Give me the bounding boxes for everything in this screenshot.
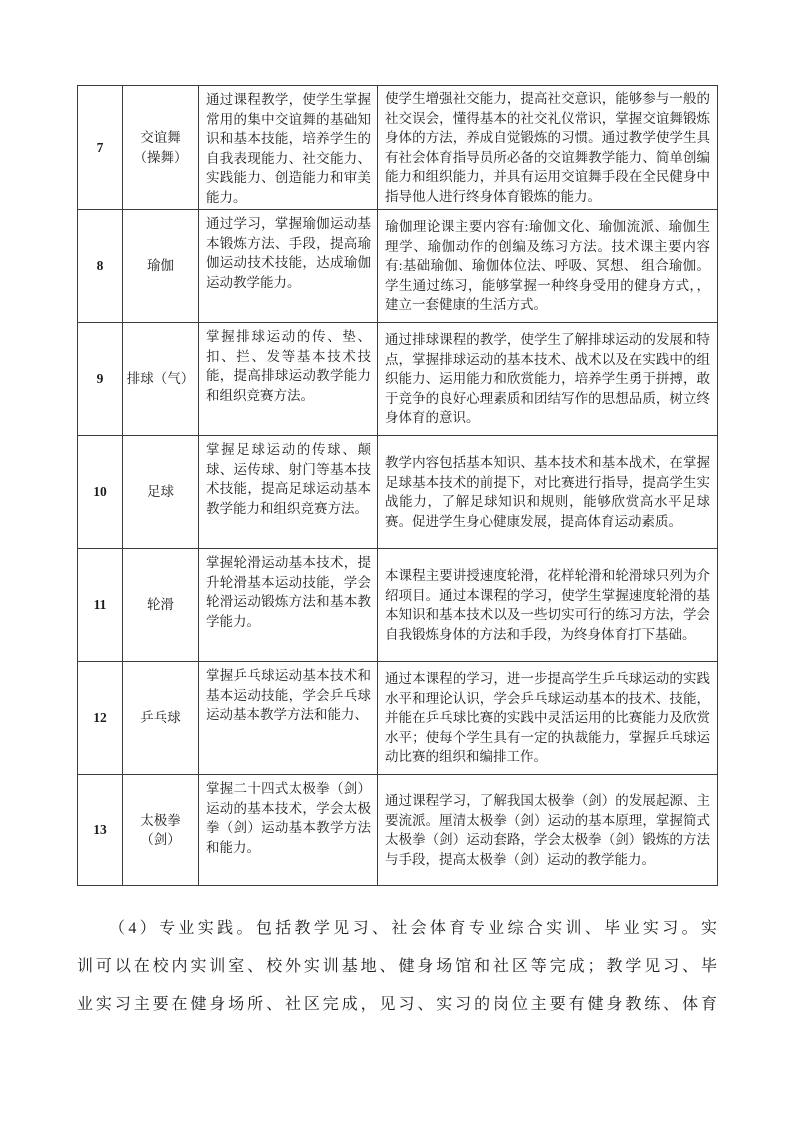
course-number-cell: 10 — [78, 436, 123, 549]
course-name-cell: 交谊舞 （操舞） — [123, 86, 199, 210]
course-number-cell: 12 — [78, 662, 123, 775]
course-description-cell: 通过课程学习，了解我国太极拳（剑）的发展起源、主要流派。厘清太极拳（剑）运动的基… — [378, 775, 718, 886]
course-description-cell: 使学生增强社交能力，提高社交意识，能够参与一般的社交误会，懂得基本的社交礼仪常识… — [378, 86, 718, 210]
course-name-cell: 瑜伽 — [123, 210, 199, 323]
course-objective-cell: 掌握排球运动的传、垫、扣、拦、发等基本技术技能，提高排球运动教学能力和组织竞赛方… — [199, 323, 378, 436]
course-number-cell: 7 — [78, 86, 123, 210]
course-description-cell: 通过本课程的学习，进一步提高学生乒乓球运动的实践水平和理论认识，学会乒乓球运动基… — [378, 662, 718, 775]
course-number-cell: 8 — [78, 210, 123, 323]
course-name-cell: 轮滑 — [123, 549, 199, 662]
paragraph-line: （4）专业实践。包括教学见习、社会体育专业综合实训、毕业实习。实 — [77, 910, 717, 948]
course-description-cell: 通过排球课程的教学，使学生了解排球运动的发展和特点，掌握排球运动的基本技术、战术… — [378, 323, 718, 436]
course-description-cell: 瑜伽理论课主要内容有:瑜伽文化、瑜伽流派、瑜伽生理学、瑜伽动作的创编及练习方法。… — [378, 210, 718, 323]
course-objective-cell: 掌握足球运动的传球、颠球、运传球、射门等基本技术技能，提高足球运动基本教学能力和… — [199, 436, 378, 549]
course-table: 7 交谊舞 （操舞） 通过课程教学，使学生掌握常用的集中交谊舞的基础知识和基本技… — [77, 85, 718, 886]
paragraph-line: 训可以在校内实训室、校外实训基地、健身场馆和社区等完成；教学见习、毕 — [77, 948, 717, 986]
table-row: 11 轮滑 掌握轮滑运动基本技术，提升轮滑基本运动技能，学会轮滑运动锻炼方法和基… — [78, 549, 718, 662]
table-row: 13 太极拳 （剑） 掌握二十四式太极拳（剑）运动的基本技术，学会太极拳（剑）运… — [78, 775, 718, 886]
table-row: 8 瑜伽 通过学习，掌握瑜伽运动基本锻炼方法、手段，提高瑜伽运动技术技能，达成瑜… — [78, 210, 718, 323]
paragraph-line: 业实习主要在健身场所、社区完成，见习、实习的岗位主要有健身教练、体育 — [77, 986, 717, 1024]
table-row: 7 交谊舞 （操舞） 通过课程教学，使学生掌握常用的集中交谊舞的基础知识和基本技… — [78, 86, 718, 210]
table-row: 10 足球 掌握足球运动的传球、颠球、运传球、射门等基本技术技能，提高足球运动基… — [78, 436, 718, 549]
course-name-cell: 太极拳 （剑） — [123, 775, 199, 886]
course-objective-cell: 掌握乒乓球运动基本技术和基本运动技能，学会乒乓球运动基本教学方法和能力、 — [199, 662, 378, 775]
course-number-cell: 9 — [78, 323, 123, 436]
course-number-cell: 11 — [78, 549, 123, 662]
course-objective-cell: 通过课程教学，使学生掌握常用的集中交谊舞的基础知识和基本技能，培养学生的自我表现… — [199, 86, 378, 210]
course-description-cell: 本课程主要讲授速度轮滑，花样轮滑和轮滑球只列为介绍项目。通过本课程的学习，使学生… — [378, 549, 718, 662]
course-name-cell: 排球（气） — [123, 323, 199, 436]
course-objective-cell: 掌握轮滑运动基本技术，提升轮滑基本运动技能，学会轮滑运动锻炼方法和基本教学能力。 — [199, 549, 378, 662]
course-name-cell: 乒乓球 — [123, 662, 199, 775]
table-row: 9 排球（气） 掌握排球运动的传、垫、扣、拦、发等基本技术技能，提高排球运动教学… — [78, 323, 718, 436]
course-description-cell: 教学内容包括基本知识、基本技术和基本战术，在掌握足球基本技术的前提下，对比赛进行… — [378, 436, 718, 549]
course-number-cell: 13 — [78, 775, 123, 886]
document-page: 7 交谊舞 （操舞） 通过课程教学，使学生掌握常用的集中交谊舞的基础知识和基本技… — [0, 0, 793, 1122]
body-paragraph: （4）专业实践。包括教学见习、社会体育专业综合实训、毕业实习。实 训可以在校内实… — [77, 910, 717, 1024]
course-objective-cell: 通过学习，掌握瑜伽运动基本锻炼方法、手段，提高瑜伽运动技术技能，达成瑜伽运动教学… — [199, 210, 378, 323]
course-name-cell: 足球 — [123, 436, 199, 549]
course-objective-cell: 掌握二十四式太极拳（剑）运动的基本技术，学会太极拳（剑）运动基本教学方法和能力。 — [199, 775, 378, 886]
table-row: 12 乒乓球 掌握乒乓球运动基本技术和基本运动技能，学会乒乓球运动基本教学方法和… — [78, 662, 718, 775]
